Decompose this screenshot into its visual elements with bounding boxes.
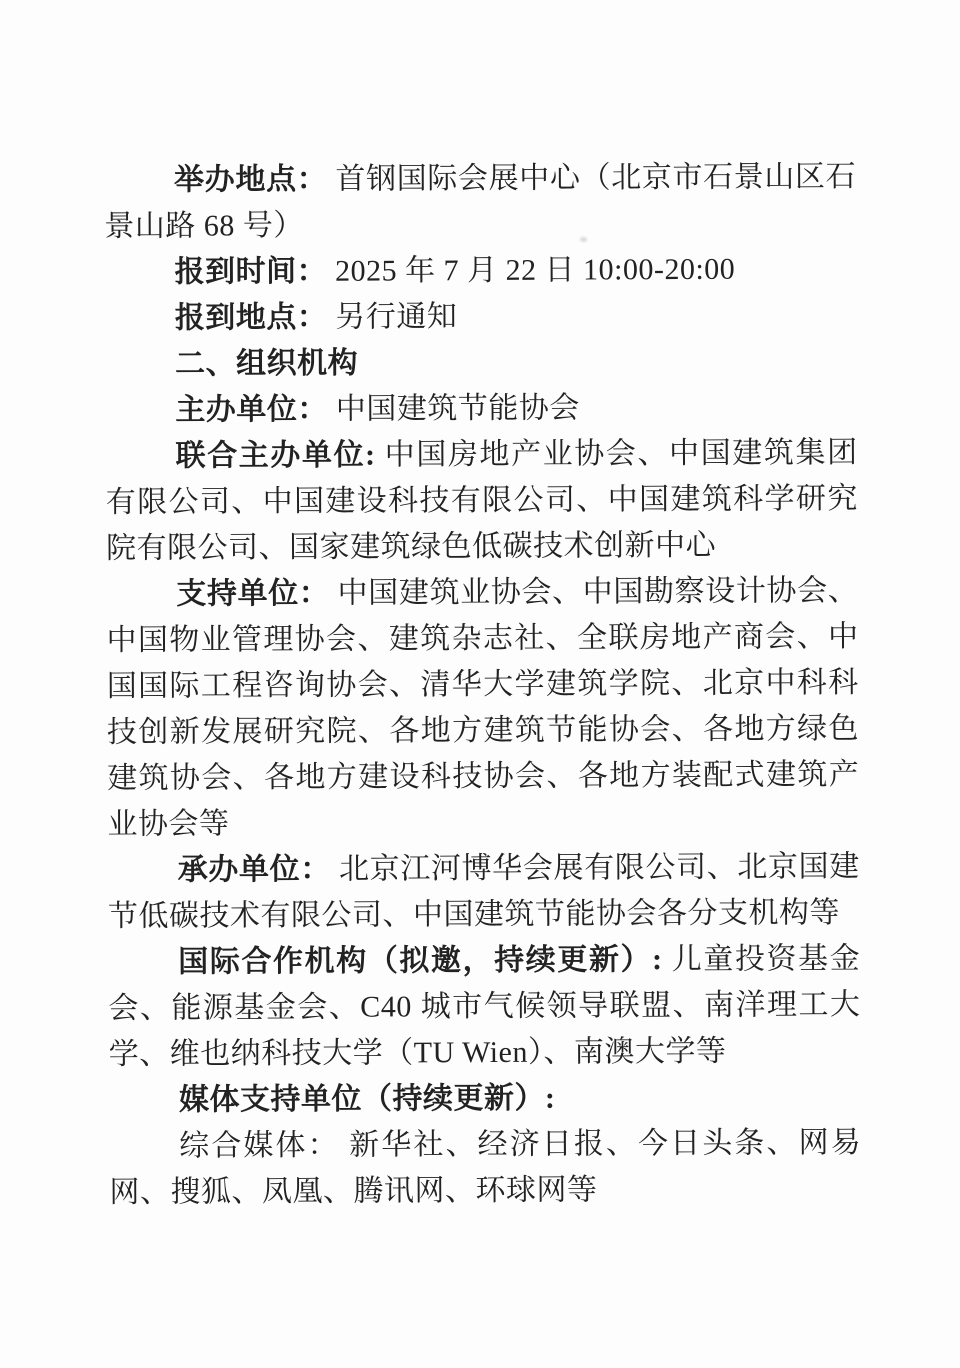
registration-time-label: 报到时间： — [175, 255, 328, 289]
registration-time-value: 2025 年 7 月 22 日 10:00-20:00 — [327, 253, 735, 288]
host-value: 中国建筑节能协会 — [328, 392, 580, 426]
host-line: 主办单位： 中国建筑节能协会 — [105, 384, 857, 434]
registration-place-line: 报到地点： 另行通知 — [105, 292, 857, 342]
co-host-label: 联合主办单位: — [175, 439, 375, 473]
document-body: 举办地点： 首钢国际会展中心（北京市石景山区石景山路 68 号） 报到时间： 2… — [104, 154, 862, 1216]
general-media-value: 综合媒体： 新华社、经济日报、今日头条、网易网、搜狐、凤凰、腾讯网、环球网等 — [109, 1126, 861, 1209]
supporting-units-line: 支持单位： 中国建筑业协会、中国勘察设计协会、中国物业管理协会、建筑杂志社、全联… — [106, 568, 859, 848]
section-heading-text: 二、组织机构 — [175, 347, 358, 381]
media-support-heading: 媒体支持单位（持续更新）: — [109, 1074, 861, 1124]
supporting-units-label: 支持单位： — [176, 577, 329, 611]
co-host-line: 联合主办单位: 中国房地产业协会、中国建筑集团有限公司、中国建设科技有限公司、中… — [105, 430, 858, 572]
supporting-units-value: 中国建筑业协会、中国勘察设计协会、中国物业管理协会、建筑杂志社、全联房地产商会、… — [106, 574, 859, 841]
host-label: 主办单位： — [175, 393, 328, 427]
international-partners-label: 国际合作机构（拟邀，持续更新）: — [178, 943, 663, 979]
registration-place-value: 另行通知 — [327, 300, 457, 334]
venue-label: 举办地点： — [174, 163, 327, 197]
organizer-label: 承办单位： — [178, 853, 331, 887]
document-page: 举办地点： 首钢国际会展中心（北京市石景山区石景山路 68 号） 报到时间： 2… — [0, 0, 960, 1368]
general-media-line: 综合媒体： 新华社、经济日报、今日头条、网易网、搜狐、凤凰、腾讯网、环球网等 — [109, 1120, 861, 1216]
media-support-label: 媒体支持单位（持续更新）: — [179, 1082, 556, 1117]
section-heading-organization: 二、组织机构 — [105, 338, 857, 388]
registration-time-line: 报到时间： 2025 年 7 月 22 日 10:00-20:00 — [104, 246, 856, 296]
registration-place-label: 报到地点： — [175, 301, 328, 335]
organizer-line: 承办单位： 北京江河博华会展有限公司、北京国建节低碳技术有限公司、中国建筑节能协… — [108, 844, 860, 940]
venue-line: 举办地点： 首钢国际会展中心（北京市石景山区石景山路 68 号） — [104, 154, 856, 250]
international-partners-line: 国际合作机构（拟邀，持续更新）: 儿童投资基金会、能源基金会、C40 城市气候领… — [108, 936, 861, 1078]
